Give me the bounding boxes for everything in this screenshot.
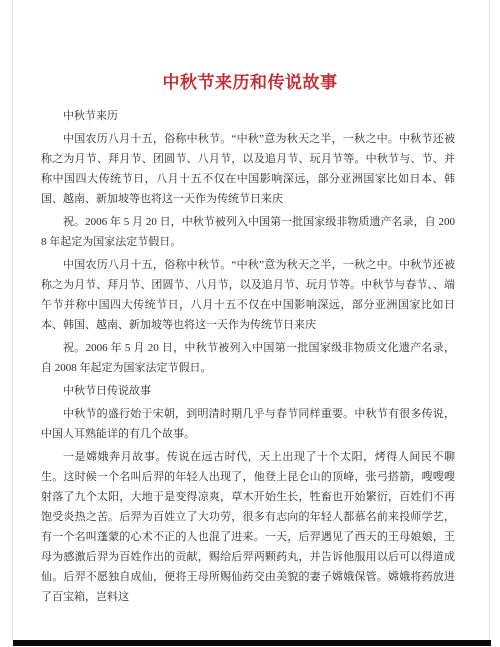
page-edge-right-line xyxy=(489,0,490,640)
paragraph-heritage-date-2: 祝。2006 年 5 月 20 日，中秋节被列入中国第一批国家级非物质文化遗产名… xyxy=(41,338,455,378)
page-bottom-edge-bar xyxy=(13,640,491,646)
document-body: 中秋节来历 中国农历八月十五，俗称中秋节。“中秋”意为秋天之半，一秋之中。中秋节… xyxy=(41,106,455,607)
paragraph-origin-2: 中国农历八月十五，俗称中秋节。“中秋”意为秋天之半，一秋之中。中秋节还被称之为月… xyxy=(41,255,455,335)
section-heading-origin: 中秋节来历 xyxy=(41,106,455,126)
paragraph-legends-intro: 中秋节的盛行始于宋朝，到明清时期几乎与春节同样重要。中秋节有很多传说，中国人耳熟… xyxy=(41,404,455,444)
paragraph-heritage-date-1: 祝。2006 年 5 月 20 日，中秋节被列入中国第一批国家级非物质遗产名录，… xyxy=(41,212,455,252)
section-heading-legends: 中秋节日传说故事 xyxy=(41,381,455,401)
paragraph-origin-1: 中国农历八月十五，俗称中秋节。“中秋”意为秋天之半，一秋之中。中秋节还被称之为月… xyxy=(41,129,455,209)
page-edge-left-line xyxy=(12,0,13,640)
paragraph-change-story: 一是嫦娥奔月故事。传说在远古时代，天上出现了十个太阳，烤得人间民不聊生。这时候一… xyxy=(41,447,455,607)
document-page: 中秋节来历和传说故事 中秋节来历 中国农历八月十五，俗称中秋节。“中秋”意为秋天… xyxy=(0,0,500,647)
document-title: 中秋节来历和传说故事 xyxy=(0,0,500,95)
